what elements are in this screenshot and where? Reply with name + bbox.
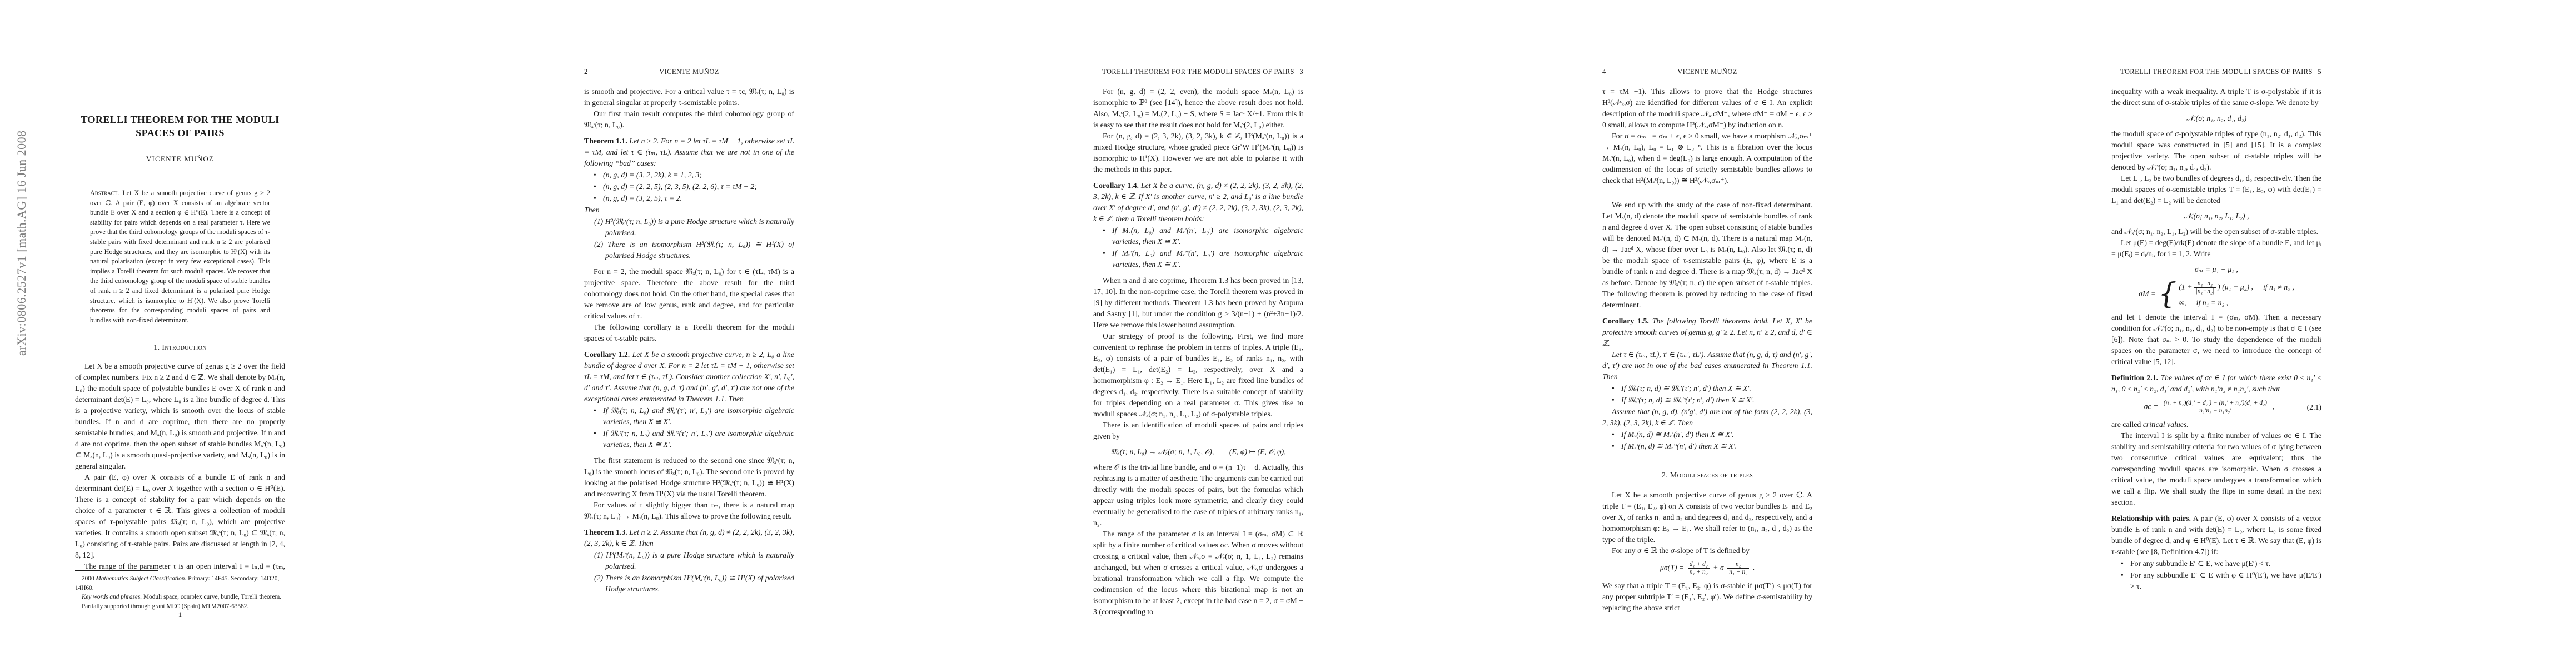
paragraph: is smooth and projective. For a critical… xyxy=(584,86,794,108)
paragraph: For n = 2, the moduli space 𝔐ₓ(τ; n, L₀)… xyxy=(584,266,794,322)
paragraph: Let X be a smooth projective curve of ge… xyxy=(1602,490,1812,545)
document-canvas: arXiv:0806.2527v1 [math.AG] 16 Jun 2008 … xyxy=(0,0,2576,667)
fraction: n₁+n₂|n₁−n₂| xyxy=(2194,280,2216,295)
numerator: (n₁ + n₂)(d₁′ + d₂′) − (n₁′ + n₂′)(d₁ + … xyxy=(2162,400,2269,407)
page-4-body: τ = τM −1). This allows to prove that th… xyxy=(1602,86,1812,614)
case-expression: (1 +n₁+n₂|n₁−n₂|) (μ₁ − μ₂) , xyxy=(2179,280,2253,295)
page-number: 5 xyxy=(2318,68,2321,76)
page-1-body: Let X be a smooth projective curve of ge… xyxy=(75,361,285,605)
section-1-heading: 1. Introduction xyxy=(75,344,285,352)
running-head-text: TORELLI THEOREM FOR THE MODULI SPACES OF… xyxy=(2120,68,2313,76)
paragraph: For (n, g, d) = (2, 3, 2k), (3, 2, 3k), … xyxy=(1093,131,1303,175)
abstract-text: Let X be a smooth projective curve of ge… xyxy=(90,189,270,324)
page-5: TORELLI THEOREM FOR THE MODULI SPACES OF… xyxy=(2111,0,2321,667)
paragraph: Let L₁, L₂ be two bundles of degrees d₁,… xyxy=(2111,173,2321,206)
theorem-label: Theorem 1.3. xyxy=(584,528,627,536)
equation-lhs: σc = xyxy=(2144,402,2159,411)
denominator: |n₁−n₂| xyxy=(2194,288,2216,295)
theorem-then: Then xyxy=(584,205,794,216)
theorem-head: Theorem 1.3. Let n ≥ 2. Assume that (n, … xyxy=(584,527,794,549)
paragraph: We say that a triple T = (E₁, E₂, φ) is … xyxy=(1602,580,1812,614)
corollary-1-4: Corollary 1.4. Let X be a curve, (n, g, … xyxy=(1093,180,1303,270)
abstract-label: Abstract. xyxy=(90,189,119,197)
page-2: 2 VICENTE MUÑOZ is smooth and projective… xyxy=(584,0,794,667)
footnote-italic: Mathematics Subject Classification. xyxy=(96,575,186,582)
list-item: (n, g, d) = (3, 2, 2k), k = 1, 2, 3; xyxy=(584,170,794,181)
case-condition: if n₁ = n₂ , xyxy=(2196,297,2229,308)
paragraph: Our strategy of proof is the following. … xyxy=(1093,331,1303,420)
definition-head: Definition 2.1. The values of σc ∈ I for… xyxy=(2111,372,2321,395)
page-4: 4 VICENTE MUÑOZ τ = τM −1). This allows … xyxy=(1602,0,1812,667)
running-head-text: TORELLI THEOREM FOR THE MODULI SPACES OF… xyxy=(1102,68,1294,76)
corollary-label: Corollary 1.4. xyxy=(1093,181,1139,190)
list-item: (2) There is an isomorphism H³(𝔐ₓ(τ; n, … xyxy=(584,239,794,261)
footnote: Partially supported through grant MEC (S… xyxy=(75,602,285,611)
numerator: n₂ xyxy=(1727,561,1749,569)
list-item: For any subbundle E′ ⊂ E, we have μ(E′) … xyxy=(2111,558,2321,569)
footnote-block: 2000 Mathematics Subject Classification.… xyxy=(75,570,285,611)
footnote-rule xyxy=(75,570,158,571)
paragraph: Let X be a smooth projective curve of ge… xyxy=(75,361,285,472)
paragraph: The first statement is reduced to the se… xyxy=(584,455,794,500)
critical-value-equation: σc = (n₁ + n₂)(d₁′ + d₂′) − (n₁′ + n₂′)(… xyxy=(2111,400,2321,415)
equation-tag: (2.1) xyxy=(2307,402,2321,413)
case-row: ∞, if n₁ = n₂ , xyxy=(2179,297,2294,308)
sigma-m-equation: σₘ = μ₁ − μ₂ , xyxy=(2111,264,2321,275)
running-head: 4 VICENTE MUÑOZ xyxy=(1602,68,1812,76)
page-3-body: For (n, g, d) = (2, 2, even), the moduli… xyxy=(1093,86,1303,618)
paragraph: Let μ(E) = deg(E)/rk(E) denote the slope… xyxy=(2111,237,2321,260)
paragraph: When n and d are coprime, Theorem 1.3 ha… xyxy=(1093,275,1303,331)
paragraph: There is an identification of moduli spa… xyxy=(1093,420,1303,442)
paragraph: The range of the parameter σ is an inter… xyxy=(1093,529,1303,618)
paragraph: the moduli space of σ-polystable triples… xyxy=(2111,128,2321,173)
list-item: If Mₓˢ(n, d) ≅ Mₓ′ˢ(n′, d′) then X ≅ X′. xyxy=(1602,441,1812,452)
case-row: (1 +n₁+n₂|n₁−n₂|) (μ₁ − μ₂) , if n₁ ≠ n₂… xyxy=(2179,280,2294,295)
footnote-italic: Key words and phrases. xyxy=(82,594,142,600)
theorem-1-3: Theorem 1.3. Let n ≥ 2. Assume that (n, … xyxy=(584,527,794,595)
list-item: If 𝔐ₓˢ(τ; n, L₀) and 𝔐ₓ′ˢ(τ′; n′, L₀′) a… xyxy=(584,428,794,450)
page-5-body: inequality with a weak inequality. A tri… xyxy=(2111,86,2321,597)
equation-center: σc = (n₁ + n₂)(d₁′ + d₂′) − (n₁′ + n₂′)(… xyxy=(2111,400,2307,415)
paragraph: For values of τ slightly bigger than τₘ,… xyxy=(584,500,794,522)
denominator: n₁′n₂ − n₁n₂′ xyxy=(2162,407,2269,415)
definition-label: Definition 2.1. xyxy=(2111,374,2158,382)
denominator: n₁ + n₂ xyxy=(1688,569,1710,576)
equation-lhs: σM = xyxy=(2139,288,2156,300)
paragraph: For any σ ∈ ℝ the σ-slope of T is define… xyxy=(1602,545,1812,556)
pairs-triples-equation: 𝔐ₓ(τ; n, L₀) → 𝒩ₓ(σ; n, 1, L₀, 𝒪), (E, φ… xyxy=(1093,446,1303,457)
corollary-label: Corollary 1.5. xyxy=(1602,317,1649,325)
corollary-text: Let τ ∈ (τₘ, τL), τ′ ∈ (τₘ′, τL′). Assum… xyxy=(1602,349,1812,382)
list-item: If 𝔐ₓ(τ; n, L₀) and 𝔐ₓ′(τ′; n′, L₀′) are… xyxy=(584,405,794,427)
page-number: 2 xyxy=(584,68,588,76)
case-condition: if n₁ ≠ n₂ , xyxy=(2263,282,2294,293)
list-item: (n, g, d) = (3, 2, 5), τ = 2. xyxy=(584,193,794,204)
fraction: (n₁ + n₂)(d₁′ + d₂′) − (n₁′ + n₂′)(d₁ + … xyxy=(2162,400,2269,415)
paper-title: TORELLI THEOREM FOR THE MODULI SPACES OF… xyxy=(75,113,285,140)
relationship-with-pairs: Relationship with pairs. A pair (E, φ) o… xyxy=(2111,513,2321,592)
corollary-head: Corollary 1.5. The following Torelli the… xyxy=(1602,316,1812,349)
list-item: If 𝔐ₓ(τ; n, d) ≅ 𝔐ₓ′(τ′; n′, d′) then X … xyxy=(1602,383,1812,394)
paragraph: For σ = σₘ⁺ = σₘ + ϵ, ϵ > 0 small, we ha… xyxy=(1602,131,1812,186)
sigma-M-cases-equation: σM = { (1 +n₁+n₂|n₁−n₂|) (μ₁ − μ₂) , if … xyxy=(2111,280,2321,308)
arxiv-stamp: arXiv:0806.2527v1 [math.AG] 16 Jun 2008 xyxy=(14,130,29,356)
paragraph: The following corollary is a Torelli the… xyxy=(584,322,794,344)
sigma-slope-equation: μσ(T) = d₁ + d₂n₁ + n₂ + σ n₂n₁ + n₂ . xyxy=(1602,561,1812,576)
page-2-body: is smooth and projective. For a critical… xyxy=(584,86,794,600)
list-item: (n, g, d) = (2, 2, 5), (2, 3, 5), (2, 2,… xyxy=(584,181,794,192)
paragraph: The interval I is split by a finite numb… xyxy=(2111,430,2321,508)
paragraph: and let I denote the interval I = (σₘ, σ… xyxy=(2111,312,2321,367)
corollary-text: Assume that (n, g, d), (n′g′, d′) are no… xyxy=(1602,406,1812,429)
section-2-heading: 2. Moduli spaces of triples xyxy=(1602,470,1812,481)
list-item: If Mₓ(n, L₀) and Mₓ′(n′, L₀′) are isomor… xyxy=(1093,225,1303,247)
page-number: 1 xyxy=(75,610,285,619)
denominator: n₁ + n₂ xyxy=(1727,569,1749,576)
theorem-head: Theorem 1.1. Let n ≥ 2. For n = 2 let τL… xyxy=(584,136,794,169)
equation-lhs: μσ(T) = xyxy=(1660,564,1684,572)
list-item: If Mₓ(n, d) ≅ Mₓ′(n′, d′) then X ≅ X′. xyxy=(1602,429,1812,440)
paragraph-italic: critical values. xyxy=(2143,420,2189,429)
paragraph-text: are called xyxy=(2111,420,2143,429)
page-number: 4 xyxy=(1602,68,1606,76)
relationship-head: Relationship with pairs. A pair (E, φ) o… xyxy=(2111,513,2321,558)
paragraph: Our first main result computes the third… xyxy=(584,108,794,131)
relationship-label: Relationship with pairs. xyxy=(2111,514,2191,522)
running-head-text: VICENTE MUÑOZ xyxy=(1677,68,1737,76)
page-1: TORELLI THEOREM FOR THE MODULI SPACES OF… xyxy=(75,0,285,667)
paragraph: inequality with a weak inequality. A tri… xyxy=(2111,86,2321,108)
corollary-1-2: Corollary 1.2. Let X be a smooth project… xyxy=(584,349,794,450)
page-3: TORELLI THEOREM FOR THE MODULI SPACES OF… xyxy=(1093,0,1303,667)
list-item: (1) H³(Mₓˢ(n, L₀)) is a pure Hodge struc… xyxy=(584,550,794,572)
abstract: Abstract.Let X be a smooth projective cu… xyxy=(75,188,285,325)
running-head: 2 VICENTE MUÑOZ xyxy=(584,68,794,76)
case-expression: ∞, xyxy=(2179,297,2186,308)
footnote-text: 2000 xyxy=(82,575,96,582)
triples-moduli-equation: 𝒩ₓ(σ; n₁, n₂, d₁, d₂) xyxy=(2111,113,2321,124)
list-item: (2) There is an isomorphism H³(Mₓˢ(n, L₀… xyxy=(584,573,794,595)
paragraph: τ = τM −1). This allows to prove that th… xyxy=(1602,86,1812,131)
paragraph: A pair (E, φ) over X consists of a bundl… xyxy=(75,472,285,561)
list-item: If Mₓˢ(n, L₀) and Mₓ′ˢ(n′, L₀′) are isom… xyxy=(1093,248,1303,270)
footnote-text: Moduli space, complex curve, bundle, Tor… xyxy=(142,594,281,600)
fraction: d₁ + d₂n₁ + n₂ xyxy=(1688,561,1710,576)
footnote: 2000 Mathematics Subject Classification.… xyxy=(75,574,285,593)
equation-end: . xyxy=(1753,564,1755,572)
paragraph: where 𝒪 is the trivial line bundle, and … xyxy=(1093,462,1303,529)
corollary-1-5: Corollary 1.5. The following Torelli the… xyxy=(1602,316,1812,452)
corollary-head: Corollary 1.2. Let X be a smooth project… xyxy=(584,349,794,405)
list-item: (1) H³(𝔐ₓˢ(τ; n, L₀)) is a pure Hodge st… xyxy=(584,216,794,238)
definition-2-1: Definition 2.1. The values of σc ∈ I for… xyxy=(2111,372,2321,395)
paragraph: For (n, g, d) = (2, 2, even), the moduli… xyxy=(1093,86,1303,131)
theorem-label: Theorem 1.1. xyxy=(584,137,627,145)
corollary-head: Corollary 1.4. Let X be a curve, (n, g, … xyxy=(1093,180,1303,225)
cases-body: (1 +n₁+n₂|n₁−n₂|) (μ₁ − μ₂) , if n₁ ≠ n₂… xyxy=(2179,280,2294,308)
brace-glyph: { xyxy=(2158,280,2176,308)
running-head: TORELLI THEOREM FOR THE MODULI SPACES OF… xyxy=(1093,68,1303,76)
equation-mid: + σ xyxy=(1713,564,1724,572)
case-post: ) (μ₁ − μ₂) , xyxy=(2218,282,2253,291)
author-name: VICENTE MUÑOZ xyxy=(75,155,285,163)
list-item: For any subbundle E′ ⊂ E with φ ∈ H⁰(E′)… xyxy=(2111,570,2321,592)
equation-end: , xyxy=(2272,402,2274,411)
footnote: Key words and phrases. Moduli space, com… xyxy=(75,593,285,602)
case-pre: (1 + xyxy=(2179,282,2192,291)
theorem-1-1: Theorem 1.1. Let n ≥ 2. For n = 2 let τL… xyxy=(584,136,794,261)
corollary-label: Corollary 1.2. xyxy=(584,350,630,359)
paragraph: and 𝒩ₓˢ(σ; n₁, n₂, L₁, L₂) will be the o… xyxy=(2111,226,2321,237)
list-item: If 𝔐ₓˢ(τ; n, d) ≅ 𝔐ₓ′ˢ(τ′; n′, d′) then … xyxy=(1602,395,1812,406)
fraction: n₂n₁ + n₂ xyxy=(1727,561,1749,576)
paragraph: We end up with the study of the case of … xyxy=(1602,200,1812,311)
fixed-det-triples-equation: 𝒩ₓ(σ; n₁, n₂, L₁, L₂) , xyxy=(2111,211,2321,222)
running-head: TORELLI THEOREM FOR THE MODULI SPACES OF… xyxy=(2111,68,2321,76)
paragraph: are called critical values. xyxy=(2111,419,2321,430)
running-head-text: VICENTE MUÑOZ xyxy=(659,68,719,76)
numerator: d₁ + d₂ xyxy=(1688,561,1710,569)
numerator: n₁+n₂ xyxy=(2194,280,2216,288)
page-number: 3 xyxy=(1299,68,1303,76)
